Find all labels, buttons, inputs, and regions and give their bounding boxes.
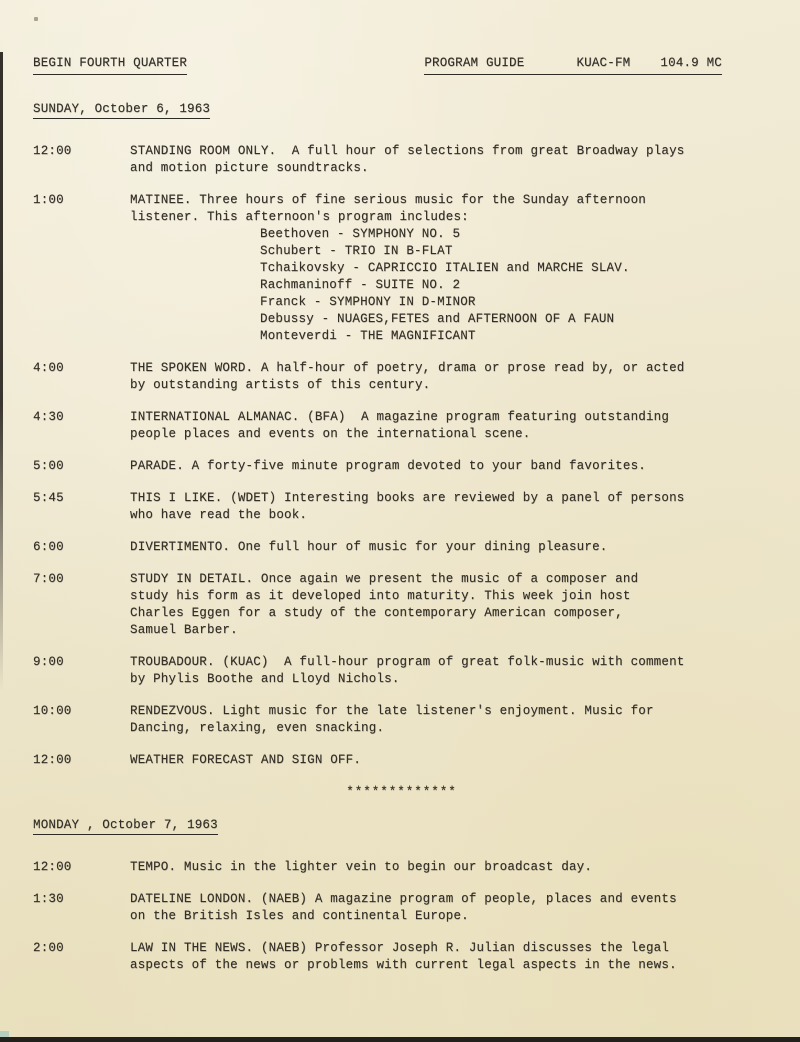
program-row: 9:00 TROUBADOUR. (KUAC) A full-hour prog… <box>33 654 770 688</box>
program-time: 9:00 <box>33 654 130 688</box>
program-time: 2:00 <box>33 940 130 974</box>
program-time: 12:00 <box>33 143 130 177</box>
program-time: 6:00 <box>33 539 130 556</box>
page-header: BEGIN FOURTH QUARTER PROGRAM GUIDEKUAC-F… <box>33 55 770 75</box>
playlist-item: Rachmaninoff - SUITE NO. 2 <box>260 277 720 294</box>
day-block-monday: MONDAY , October 7, 1963 12:00 TEMPO. Mu… <box>33 817 770 974</box>
day-heading-monday: MONDAY , October 7, 1963 <box>33 817 770 834</box>
program-description: THIS I LIKE. (WDET) Interesting books ar… <box>130 490 720 524</box>
program-row: 12:00 WEATHER FORECAST AND SIGN OFF. <box>33 752 770 769</box>
program-row: 4:30 INTERNATIONAL ALMANAC. (BFA) A maga… <box>33 409 770 443</box>
program-time: 1:30 <box>33 891 130 925</box>
program-description: PARADE. A forty-five minute program devo… <box>130 458 720 475</box>
scan-edge-left <box>0 52 3 692</box>
header-left-title: BEGIN FOURTH QUARTER <box>33 55 187 75</box>
asterisk-separator: ************* <box>33 784 770 801</box>
program-row: 7:00 STUDY IN DETAIL. Once again we pres… <box>33 571 770 639</box>
program-description: INTERNATIONAL ALMANAC. (BFA) A magazine … <box>130 409 720 443</box>
program-description: RENDEZVOUS. Light music for the late lis… <box>130 703 720 737</box>
program-time: 7:00 <box>33 571 130 639</box>
header-frequency: 104.9 MC <box>660 56 722 70</box>
playlist-item: Debussy - NUAGES,FETES and AFTERNOON OF … <box>260 311 720 328</box>
program-row: 10:00 RENDEZVOUS. Light music for the la… <box>33 703 770 737</box>
header-right-title: PROGRAM GUIDEKUAC-FM104.9 MC <box>424 55 722 75</box>
program-description: TEMPO. Music in the lighter vein to begi… <box>130 859 720 876</box>
program-row: 1:00 MATINEE. Three hours of fine seriou… <box>33 192 770 345</box>
page-content: BEGIN FOURTH QUARTER PROGRAM GUIDEKUAC-F… <box>0 0 800 974</box>
program-time: 4:30 <box>33 409 130 443</box>
program-description-block: MATINEE. Three hours of fine serious mus… <box>130 192 720 345</box>
program-description: DATELINE LONDON. (NAEB) A magazine progr… <box>130 891 720 925</box>
program-row: 12:00 STANDING ROOM ONLY. A full hour of… <box>33 143 770 177</box>
program-description: TROUBADOUR. (KUAC) A full-hour program o… <box>130 654 720 688</box>
day-heading-sunday: SUNDAY, October 6, 1963 <box>33 101 770 118</box>
program-description: LAW IN THE NEWS. (NAEB) Professor Joseph… <box>130 940 720 974</box>
program-description: MATINEE. Three hours of fine serious mus… <box>130 192 720 226</box>
program-row: 2:00 LAW IN THE NEWS. (NAEB) Professor J… <box>33 940 770 974</box>
header-station: KUAC-FM <box>576 56 630 70</box>
playlist-item: Monteverdi - THE MAGNIFICANT <box>260 328 720 345</box>
program-time: 4:00 <box>33 360 130 394</box>
scan-edge-bottom <box>0 1037 800 1042</box>
playlist-item: Franck - SYMPHONY IN D-MINOR <box>260 294 720 311</box>
scan-speck <box>34 17 38 21</box>
matinee-playlist: Beethoven - SYMPHONY NO. 5 Schubert - TR… <box>260 226 720 345</box>
program-time: 1:00 <box>33 192 130 345</box>
header-program-guide: PROGRAM GUIDE <box>424 56 524 70</box>
program-description: THE SPOKEN WORD. A half-hour of poetry, … <box>130 360 720 394</box>
scanned-program-guide-page: BEGIN FOURTH QUARTER PROGRAM GUIDEKUAC-F… <box>0 0 800 1042</box>
scan-speck <box>0 1031 9 1037</box>
program-row: 5:00 PARADE. A forty-five minute program… <box>33 458 770 475</box>
program-time: 12:00 <box>33 859 130 876</box>
program-time: 5:45 <box>33 490 130 524</box>
program-description: WEATHER FORECAST AND SIGN OFF. <box>130 752 720 769</box>
program-description: STUDY IN DETAIL. Once again we present t… <box>130 571 720 639</box>
program-row: 12:00 TEMPO. Music in the lighter vein t… <box>33 859 770 876</box>
program-time: 10:00 <box>33 703 130 737</box>
program-row: 4:00 THE SPOKEN WORD. A half-hour of poe… <box>33 360 770 394</box>
program-time: 12:00 <box>33 752 130 769</box>
playlist-item: Tchaikovsky - CAPRICCIO ITALIEN and MARC… <box>260 260 720 277</box>
program-time: 5:00 <box>33 458 130 475</box>
program-row: 5:45 THIS I LIKE. (WDET) Interesting boo… <box>33 490 770 524</box>
program-row: 6:00 DIVERTIMENTO. One full hour of musi… <box>33 539 770 556</box>
playlist-item: Schubert - TRIO IN B-FLAT <box>260 243 720 260</box>
program-description: STANDING ROOM ONLY. A full hour of selec… <box>130 143 720 177</box>
program-description: DIVERTIMENTO. One full hour of music for… <box>130 539 720 556</box>
program-row: 1:30 DATELINE LONDON. (NAEB) A magazine … <box>33 891 770 925</box>
playlist-item: Beethoven - SYMPHONY NO. 5 <box>260 226 720 243</box>
